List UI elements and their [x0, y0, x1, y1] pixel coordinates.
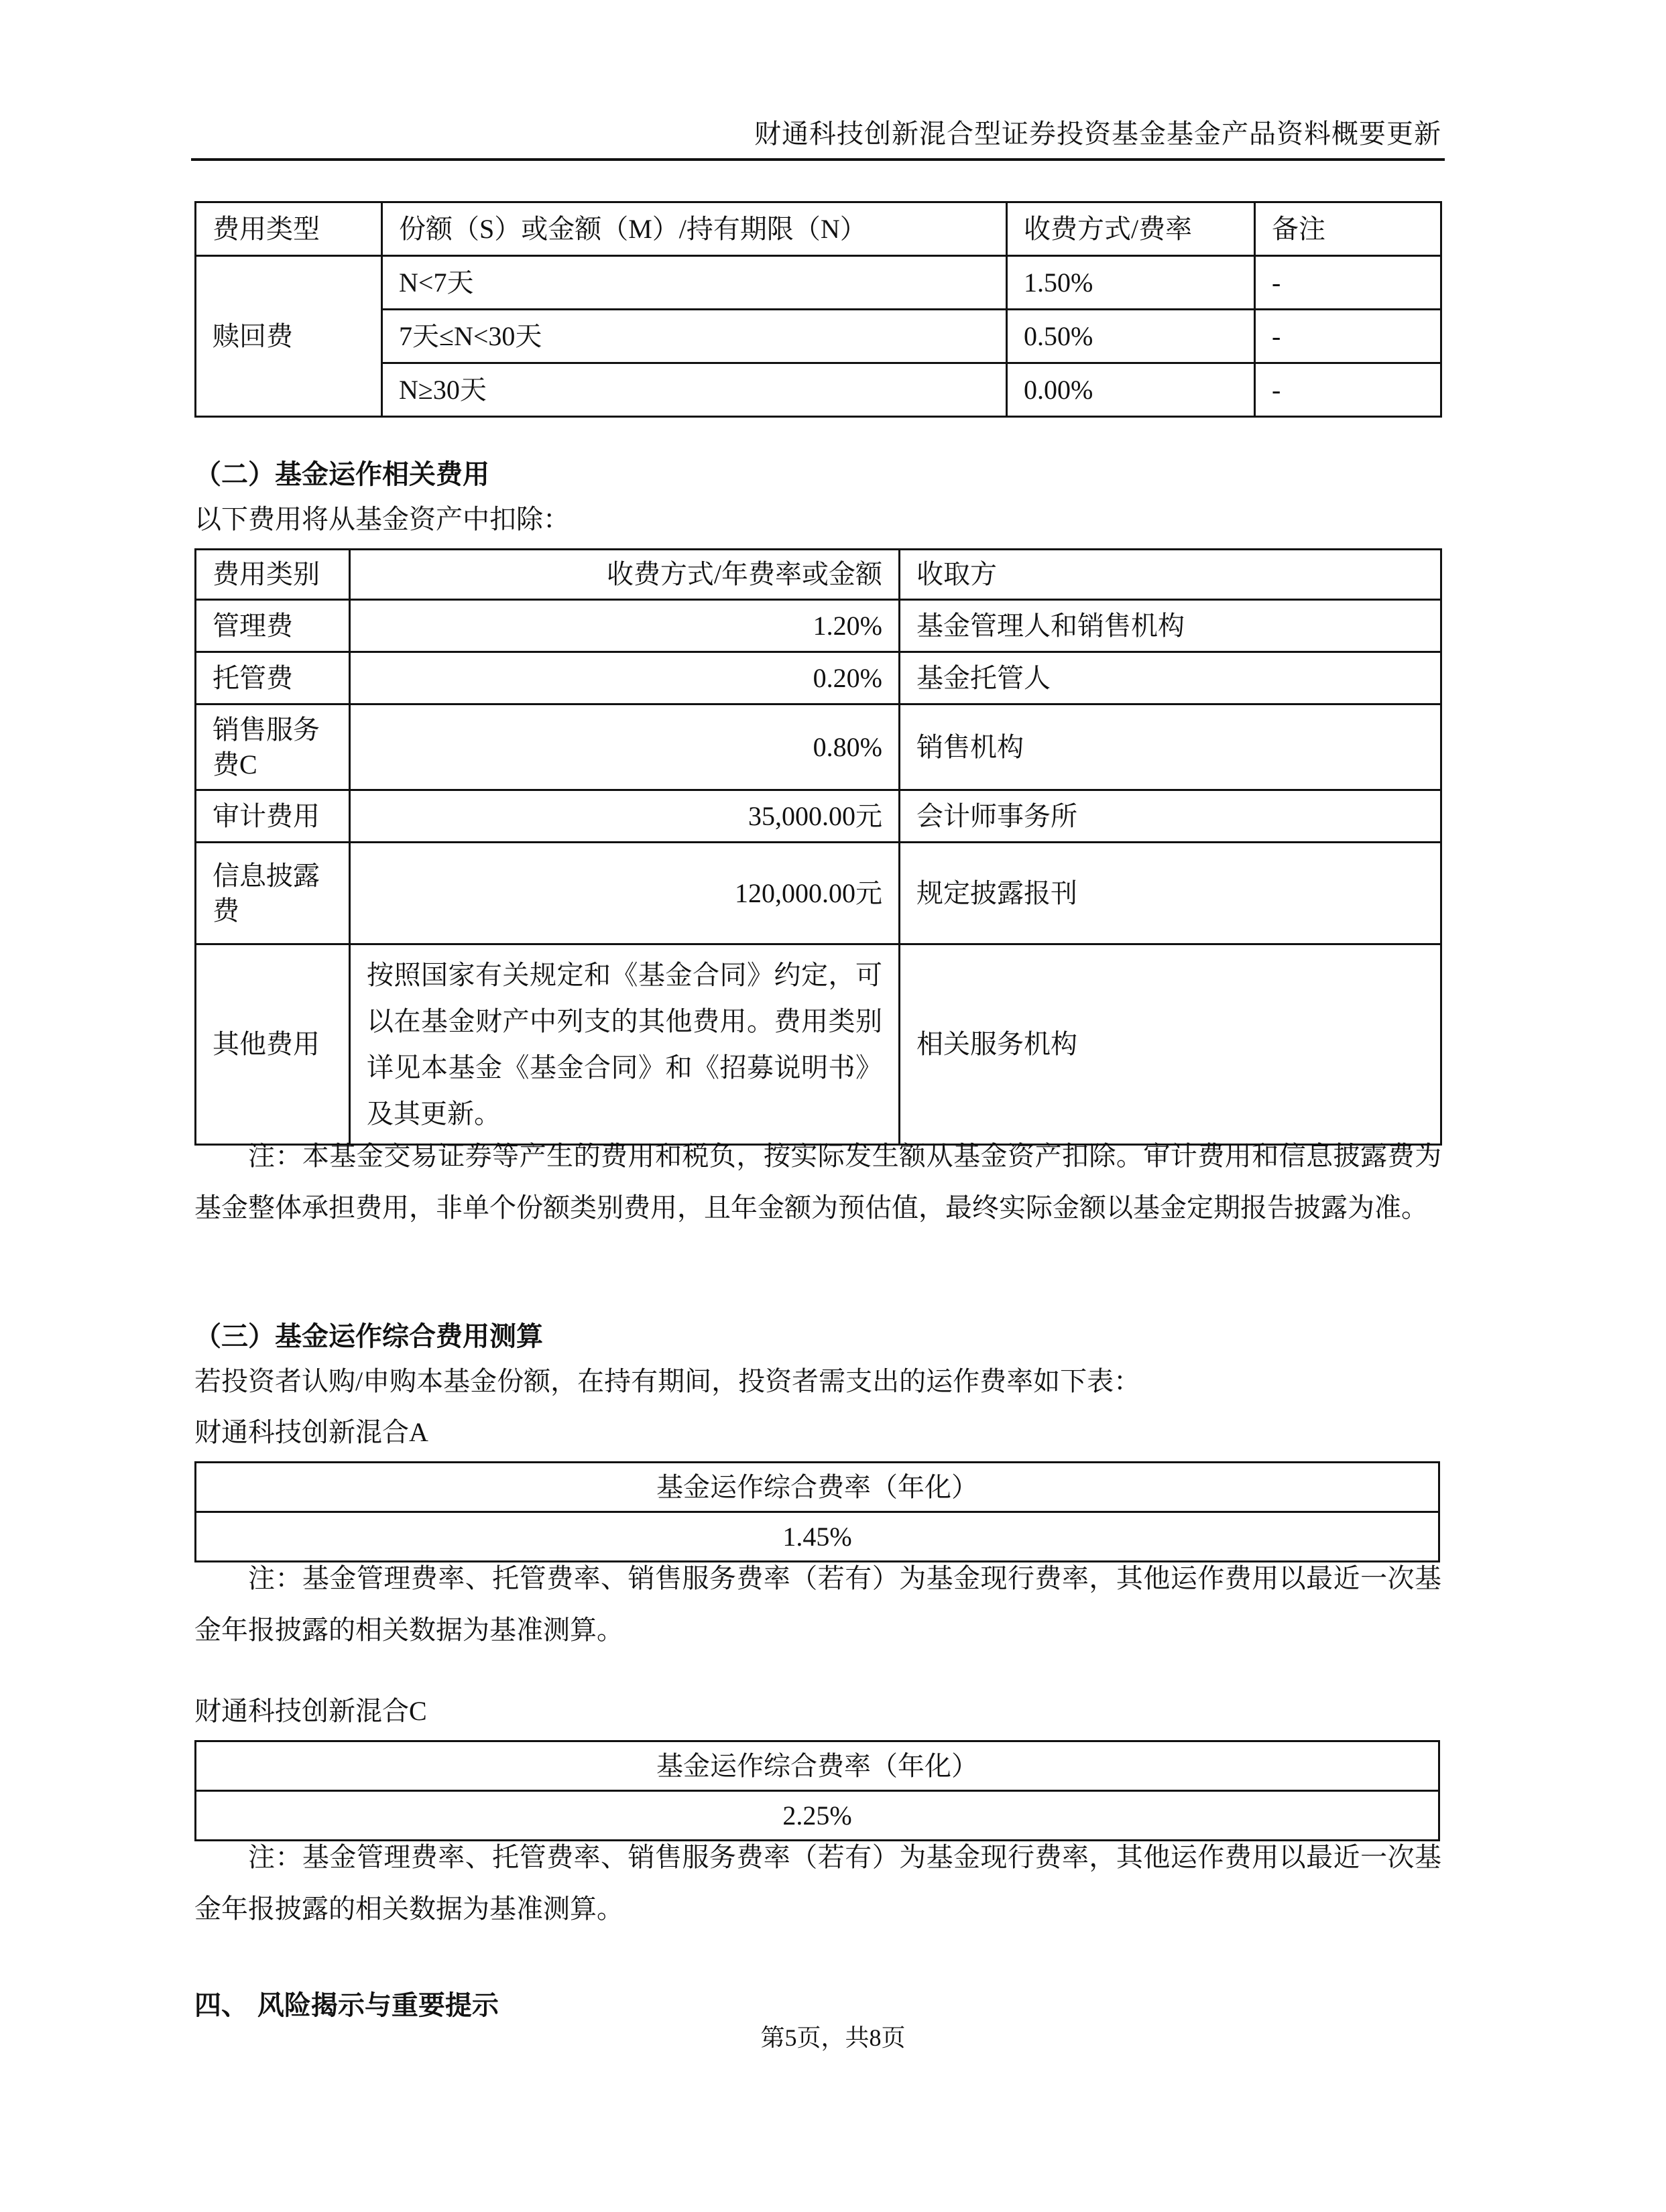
amount-cell: 0.20% [350, 652, 900, 704]
rate-cell: 0.00% [1007, 363, 1255, 417]
amount-cell: 120,000.00元 [350, 843, 900, 944]
recipient-cell: 基金管理人和销售机构 [900, 600, 1441, 652]
document-header-title: 财通科技创新混合型证券投资基金基金产品资料概要更新 [754, 113, 1441, 151]
recipient-cell: 相关服务机构 [900, 944, 1441, 1145]
amount-cell: 按照国家有关规定和《基金合同》约定，可以在基金财产中列支的其他费用。费用类别详见… [350, 944, 900, 1145]
page-number: 第5页，共8页 [0, 2019, 1666, 2053]
header-cell: 收费方式/费率 [1007, 202, 1255, 256]
table-row: 销售服务费C 0.80% 销售机构 [196, 704, 1441, 790]
header-cell: 份额（S）或金额（M）/持有期限（N） [382, 202, 1007, 256]
note-cell: - [1255, 256, 1441, 310]
category-cell: 审计费用 [196, 790, 350, 843]
table-header-row: 基金运作综合费率（年化） [196, 1463, 1439, 1512]
category-cell: 托管费 [196, 652, 350, 704]
rate-cell: 1.50% [1007, 256, 1255, 310]
header-cell: 收费方式/年费率或金额 [350, 550, 900, 600]
class-a-note: 注：基金管理费率、托管费率、销售服务费率（若有）为基金现行费率，其他运作费用以最… [194, 1552, 1441, 1656]
rate-cell: 0.50% [1007, 310, 1255, 363]
note-cell: - [1255, 363, 1441, 417]
header-divider [191, 158, 1445, 161]
class-a-label: 财通科技创新混合A [194, 1406, 1441, 1458]
category-cell: 管理费 [196, 600, 350, 652]
category-cell: 其他费用 [196, 944, 350, 1145]
recipient-cell: 基金托管人 [900, 652, 1441, 704]
header-cell: 备注 [1255, 202, 1441, 256]
amount-cell: 35,000.00元 [350, 790, 900, 843]
table-row: 信息披露费 120,000.00元 规定披露报刊 [196, 843, 1441, 944]
fee-type-cell: 赎回费 [196, 256, 382, 417]
header-cell: 费用类别 [196, 550, 350, 600]
table-header-row: 基金运作综合费率（年化） [196, 1741, 1439, 1791]
section-heading: （三）基金运作综合费用测算 [194, 1315, 543, 1353]
section-intro: 以下费用将从基金资产中扣除： [194, 493, 1441, 545]
section-heading: （二）基金运作相关费用 [194, 453, 489, 491]
class-a-rate-table: 基金运作综合费率（年化） 1.45% [194, 1461, 1440, 1562]
recipient-cell: 规定披露报刊 [900, 843, 1441, 944]
recipient-cell: 销售机构 [900, 704, 1441, 790]
class-c-rate-table: 基金运作综合费率（年化） 2.25% [194, 1740, 1440, 1841]
table-row: 7天≤N<30天 0.50% - [196, 310, 1441, 363]
header-cell: 收取方 [900, 550, 1441, 600]
note-cell: - [1255, 310, 1441, 363]
table-row: 托管费 0.20% 基金托管人 [196, 652, 1441, 704]
class-c-label: 财通科技创新混合C [194, 1685, 1441, 1737]
recipient-cell: 会计师事务所 [900, 790, 1441, 843]
period-cell: N<7天 [382, 256, 1007, 310]
period-cell: 7天≤N<30天 [382, 310, 1007, 363]
category-cell: 销售服务费C [196, 704, 350, 790]
header-cell: 基金运作综合费率（年化） [196, 1741, 1439, 1791]
table-row: N≥30天 0.00% - [196, 363, 1441, 417]
redemption-fee-table: 费用类型 份额（S）或金额（M）/持有期限（N） 收费方式/费率 备注 赎回费 … [194, 201, 1442, 418]
amount-cell: 1.20% [350, 600, 900, 652]
section-heading: 四、 风险揭示与重要提示 [194, 1984, 499, 2022]
amount-cell: 0.80% [350, 704, 900, 790]
period-cell: N≥30天 [382, 363, 1007, 417]
table-header-row: 费用类别 收费方式/年费率或金额 收取方 [196, 550, 1441, 600]
class-c-note: 注：基金管理费率、托管费率、销售服务费率（若有）为基金现行费率，其他运作费用以最… [194, 1831, 1441, 1934]
header-cell: 基金运作综合费率（年化） [196, 1463, 1439, 1512]
fee-note: 注：本基金交易证券等产生的费用和税负，按实际发生额从基金资产扣除。审计费用和信息… [194, 1130, 1441, 1233]
table-header-row: 费用类型 份额（S）或金额（M）/持有期限（N） 收费方式/费率 备注 [196, 202, 1441, 256]
operating-fee-table: 费用类别 收费方式/年费率或金额 收取方 管理费 1.20% 基金管理人和销售机… [194, 548, 1442, 1146]
table-row: 管理费 1.20% 基金管理人和销售机构 [196, 600, 1441, 652]
category-cell: 信息披露费 [196, 843, 350, 944]
table-row: 赎回费 N<7天 1.50% - [196, 256, 1441, 310]
section-intro: 若投资者认购/申购本基金份额，在持有期间，投资者需支出的运作费率如下表： [194, 1355, 1441, 1407]
header-cell: 费用类型 [196, 202, 382, 256]
table-row: 其他费用 按照国家有关规定和《基金合同》约定，可以在基金财产中列支的其他费用。费… [196, 944, 1441, 1145]
table-row: 审计费用 35,000.00元 会计师事务所 [196, 790, 1441, 843]
